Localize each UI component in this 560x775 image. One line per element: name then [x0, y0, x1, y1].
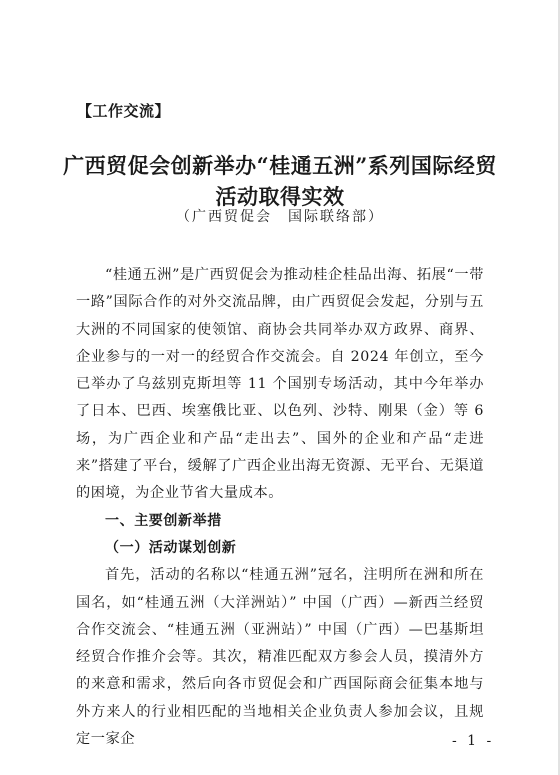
- byline-org: （广西贸促会: [176, 209, 272, 225]
- page-number: - 1 -: [452, 733, 494, 749]
- intro-paragraph: “桂通五洲”是广西贸促会为推动桂企桂品出海、拓展“一带一路”国际合作的对外交流品…: [76, 262, 484, 508]
- byline-dept: 国际联络部）: [288, 209, 384, 225]
- document-body: “桂通五洲”是广西贸促会为推动桂企桂品出海、拓展“一带一路”国际合作的对外交流品…: [76, 262, 484, 753]
- body-paragraph: 首先，活动的名称以“桂通五洲”冠名，注明所在洲和所在国名，如“桂通五洲（大洋洲站…: [76, 562, 484, 753]
- document-title: 广西贸促会创新举办“桂通五洲”系列国际经贸 活动取得实效: [40, 150, 520, 212]
- title-line-1: 广西贸促会创新举办“桂通五洲”系列国际经贸: [40, 150, 520, 181]
- heading-main-innovations: 一、主要创新举措: [76, 508, 484, 535]
- heading-activity-planning: （一）活动谋划创新: [76, 535, 484, 562]
- byline: （广西贸促会国际联络部）: [0, 206, 560, 226]
- section-tag: 【工作交流】: [77, 100, 170, 121]
